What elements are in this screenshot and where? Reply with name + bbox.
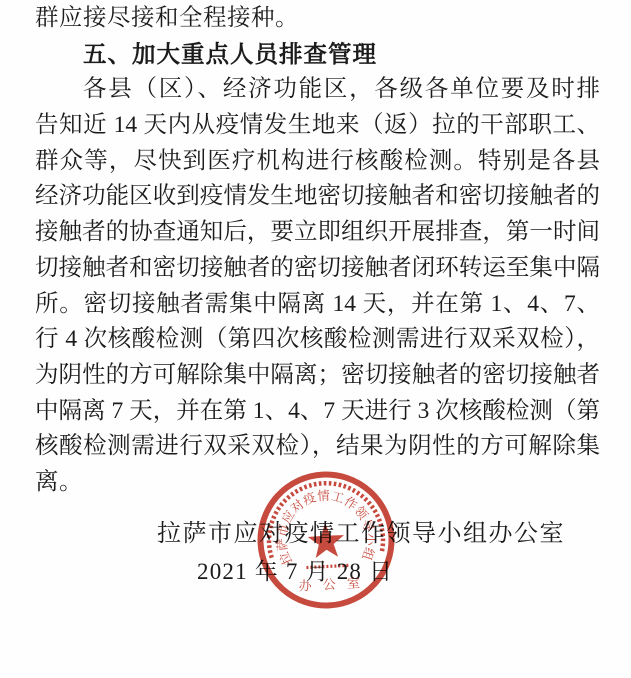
stamp-office-text: 办 公 室 [298, 575, 364, 593]
official-seal-stamp: 拉萨市应对疫情工作领导小组 办 公 室 [247, 461, 405, 619]
document-line: 核酸检测需进行双采双检），结果为阴性的方可解除集中隔 [35, 429, 600, 465]
section-heading: 五、加大重点人员排查管理 [35, 37, 600, 73]
document-line: 中隔离 7 天，并在第 1、4、7 天进行 3 次核酸检测（第三次 [35, 394, 600, 430]
document-line: 接触者的协查通知后，要立即组织开展排查，第一时间将密 [35, 215, 600, 251]
document-line: 各县（区）、经济功能区，各级各单位要及时排查，并 [35, 72, 600, 108]
document-line: 为阴性的方可解除集中隔离；密切接触者的密切接触者需集 [35, 358, 600, 394]
document-line: 行 4 次核酸检测（第四次核酸检测需进行双采双检），结果 [35, 322, 600, 358]
document-line: 所。密切接触者需集中隔离 14 天，并在第 1、4、7、14 天进 [35, 287, 600, 323]
document-line: 经济功能区收到疫情发生地密切接触者和密切接触者的密切 [35, 179, 600, 215]
tibetan-script-small [306, 565, 348, 567]
star-icon [307, 522, 345, 558]
document-page: 群应接尽接和全程接种。 五、加大重点人员排查管理 各县（区）、经济功能区，各级各… [0, 0, 631, 678]
document-line: 切接触者和密切接触者的密切接触者闭环转运至集中隔离场 [35, 251, 600, 287]
document-line: 群应接尽接和全程接种。 [35, 1, 600, 37]
document-line: 群众等，尽快到医疗机构进行核酸检测。特别是各县（区）、 [35, 144, 600, 180]
document-line: 告知近 14 天内从疫情发生地来（返）拉的干部职工、家属、 [35, 108, 600, 144]
document-body: 群应接尽接和全程接种。 五、加大重点人员排查管理 各县（区）、经济功能区，各级各… [35, 1, 600, 501]
